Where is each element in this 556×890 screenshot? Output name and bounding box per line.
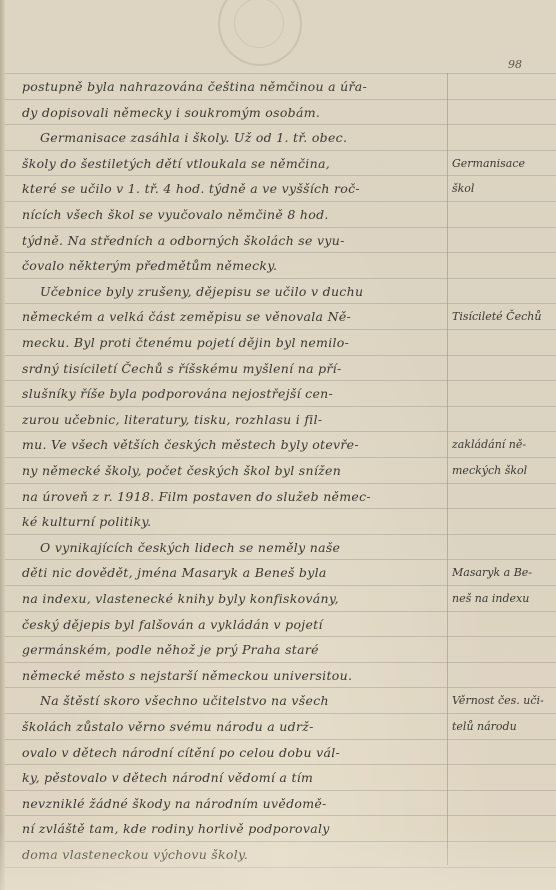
- margin-note: telů národu: [452, 716, 556, 742]
- margin-note: Masaryk a Be-: [452, 562, 556, 588]
- text-line: srdný tisíciletí Čechů s říšskému myšlen…: [22, 358, 442, 384]
- text-line: ké kulturní politiky.: [22, 511, 442, 537]
- faded-stamp: [218, 0, 302, 66]
- text-line: německém a velká část zeměpisu se věnova…: [22, 306, 442, 332]
- text-line: O vynikajících českých lidech se neměly …: [40, 537, 442, 563]
- text-line: Germanisace zasáhla i školy. Už od 1. tř…: [40, 127, 442, 153]
- text-line: týdně. Na středních a odborných školách …: [22, 230, 442, 256]
- text-line: mecku. Byl proti čtenému pojetí dějin by…: [22, 332, 442, 358]
- text-line: zurou učebnic, literatury, tisku, rozhla…: [22, 409, 442, 435]
- text-line: ky, pěstovalo v dětech národní vědomí a …: [22, 767, 442, 793]
- margin-note: škol: [452, 178, 556, 204]
- text-line: na indexu, vlastenecké knihy byly konfis…: [22, 588, 442, 614]
- text-line: nících všech škol se vyučovalo němčině 8…: [22, 204, 442, 230]
- text-line: čovalo některým předmětům německy.: [22, 255, 442, 281]
- text-line: germánském, podle něhož je prý Praha sta…: [22, 639, 442, 665]
- text-line: mu. Ve všech větších českých městech byl…: [22, 434, 442, 460]
- text-line: Učebnice byly zrušeny, dějepisu se učilo…: [40, 281, 442, 307]
- margin-note: zakládání ně-: [452, 434, 556, 460]
- margin-note: Věrnost čes. uči-: [452, 690, 556, 716]
- margin-note: meckých škol: [452, 460, 556, 486]
- margin-divider-line: [447, 73, 448, 865]
- margin-note: Tisícileté Čechů: [452, 306, 556, 332]
- page-number: 98: [508, 58, 522, 71]
- text-line: ny německé školy, počet českých škol byl…: [22, 460, 442, 486]
- text-line: na úroveň z r. 1918. Film postaven do sl…: [22, 486, 442, 512]
- page-edge: [0, 0, 5, 890]
- text-line: ovalo v dětech národní cítění po celou d…: [22, 742, 442, 768]
- paper-wear: [0, 830, 556, 890]
- text-line: děti nic dovědět, jména Masaryk a Beneš …: [22, 562, 442, 588]
- text-line: český dějepis byl falšován a vykládán v …: [22, 614, 442, 640]
- text-line: školách zůstalo věrno svému národu a udr…: [22, 716, 442, 742]
- ruled-line: [5, 73, 556, 74]
- text-line: německé město s nejstarší německou unive…: [22, 665, 442, 691]
- text-line: které se učilo v 1. tř. 4 hod. týdně a v…: [22, 178, 442, 204]
- margin-note: Germanisace: [452, 153, 556, 179]
- text-line: slušníky říše byla podporována nejostřej…: [22, 383, 442, 409]
- text-line: dy dopisovali německy i soukromým osobám…: [22, 102, 442, 128]
- text-line: školy do šestiletých dětí vtloukala se n…: [22, 153, 442, 179]
- text-line: nevzniklé žádné škody na národním uvědom…: [22, 793, 442, 819]
- margin-note: neš na indexu: [452, 588, 556, 614]
- stamp-inner-ring: [234, 0, 284, 48]
- text-line: postupně byla nahrazována čeština němčin…: [22, 76, 442, 102]
- text-line: Na štěstí skoro všechno učitelstvo na vš…: [40, 690, 442, 716]
- manuscript-page: 98 postupně byla nahrazována čeština něm…: [0, 0, 556, 890]
